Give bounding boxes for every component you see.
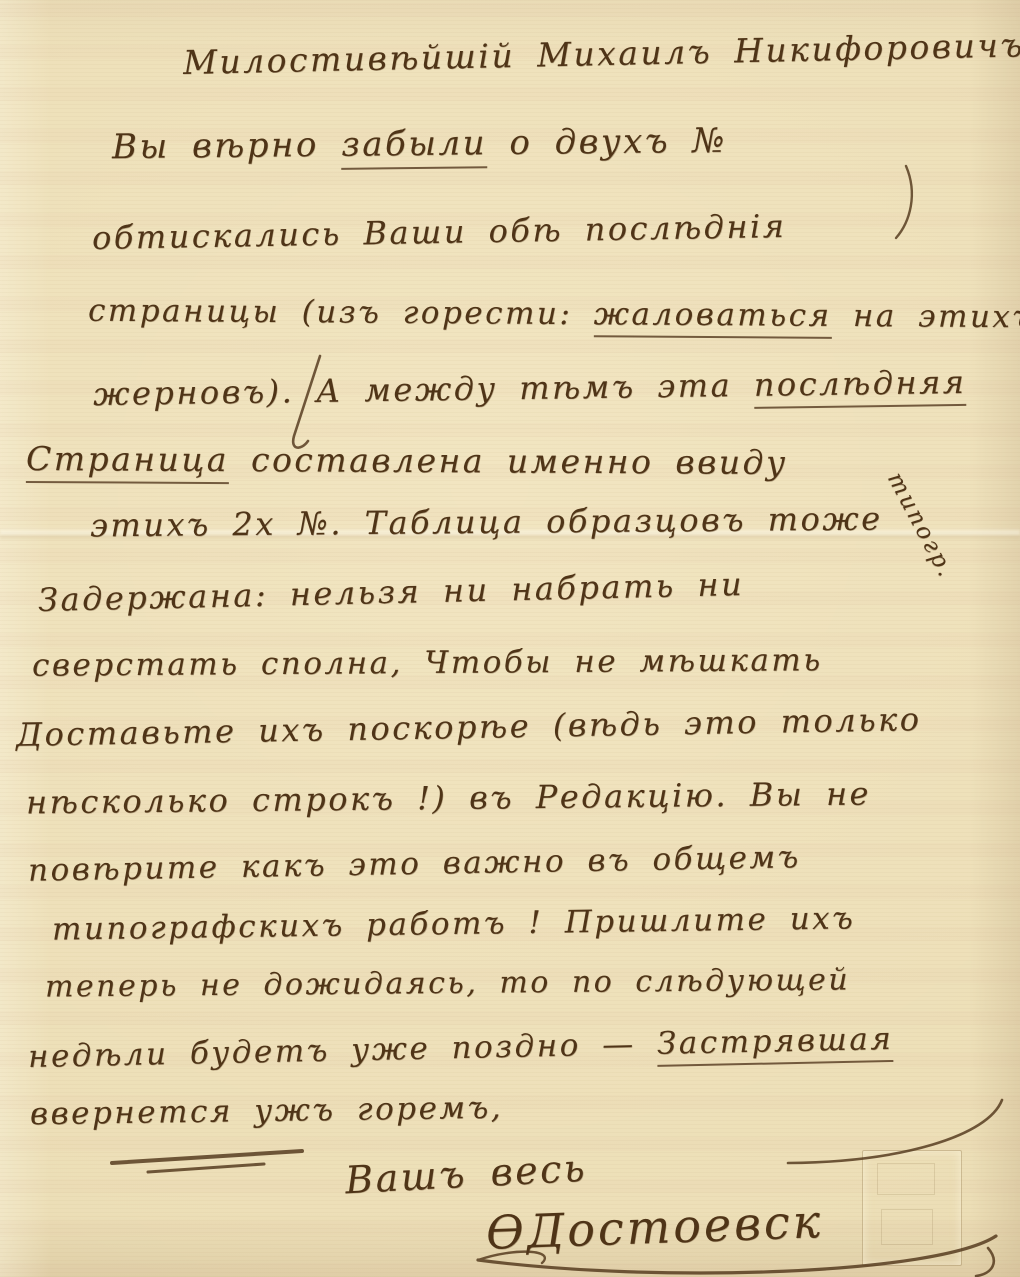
letter-line: обтискались Ваши обѣ послѣднія <box>92 207 787 257</box>
letter-line: жерновъ). А между тѣмъ эта послѣдняя <box>93 363 967 413</box>
underlined-word: Застрявшая <box>657 1021 894 1067</box>
letter-line: этихъ 2х №. Таблица образцовъ тоже <box>90 500 883 545</box>
letter-line: Милостивѣйшій Михаилъ Никифоровичъ, <box>183 25 1020 82</box>
letter-line: сверстать сполна, Чтобы не мѣшкать <box>32 642 823 684</box>
letter-line: теперь не дожидаясь, то по слѣдующей <box>45 962 850 1004</box>
underlined-word: жаловаться <box>594 296 832 339</box>
underlined-word: забыли <box>341 123 487 170</box>
ink-flourishes <box>0 0 1020 1277</box>
underlined-word: Страница <box>26 439 229 484</box>
letter-line: Задержана: нельзя ни набрать ни <box>38 565 745 619</box>
letter-line: нѣсколько строкъ !) въ Редакцію. Вы не <box>26 775 871 822</box>
stamp-detail <box>877 1163 935 1195</box>
letter-line: Вы вѣрно забыли о двухъ № <box>112 121 727 167</box>
letter-line: повѣрите какъ это важно въ общемъ <box>28 839 801 888</box>
letter-line: ввернется ужъ горемъ, <box>30 1090 504 1133</box>
margin-note: типогр. <box>882 468 960 583</box>
letter-line: Страница составлена именно ввиду <box>26 439 788 482</box>
underlined-word: послѣдняя <box>754 363 967 409</box>
letter-page: Милостивѣйшій Михаилъ Никифоровичъ,Вы вѣ… <box>0 0 1020 1277</box>
letter-line: Доставьте ихъ поскорѣе (вѣдь это только <box>16 700 922 754</box>
stamp-detail <box>881 1209 933 1245</box>
embossed-stamp <box>862 1150 962 1266</box>
letter-closing: Вашъ весь <box>344 1146 588 1203</box>
letter-line: недѣли будетъ уже поздно — Застрявшая <box>28 1021 894 1075</box>
letter-line: страницы (изъ горести: жаловаться на эти… <box>88 293 1020 336</box>
letter-line: типографскихъ работъ ! Пришлите ихъ <box>52 900 856 947</box>
signature: ѲДостоевск <box>485 1194 824 1260</box>
